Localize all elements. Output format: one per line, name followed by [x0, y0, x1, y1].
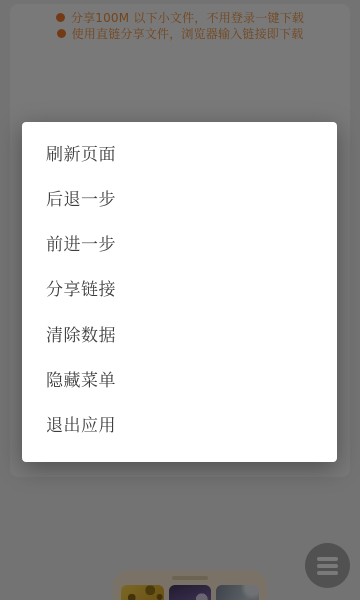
menu-item-clear-data[interactable]: 清除数据	[22, 311, 337, 356]
menu-item-go-forward[interactable]: 前进一步	[22, 220, 337, 265]
menu-dialog: 刷新页面 后退一步 前进一步 分享链接 清除数据 隐藏菜单 退出应用	[22, 122, 337, 462]
app-screen: 分享100M 以下小文件，不用登录一键下载 使用直链分享文件，浏览器输入链接即下…	[0, 0, 360, 600]
menu-item-hide-menu[interactable]: 隐藏菜单	[22, 356, 337, 401]
menu-item-go-back[interactable]: 后退一步	[22, 175, 337, 220]
menu-item-refresh-page[interactable]: 刷新页面	[22, 130, 337, 175]
menu-item-share-link[interactable]: 分享链接	[22, 265, 337, 310]
menu-item-exit-app[interactable]: 退出应用	[22, 401, 337, 446]
